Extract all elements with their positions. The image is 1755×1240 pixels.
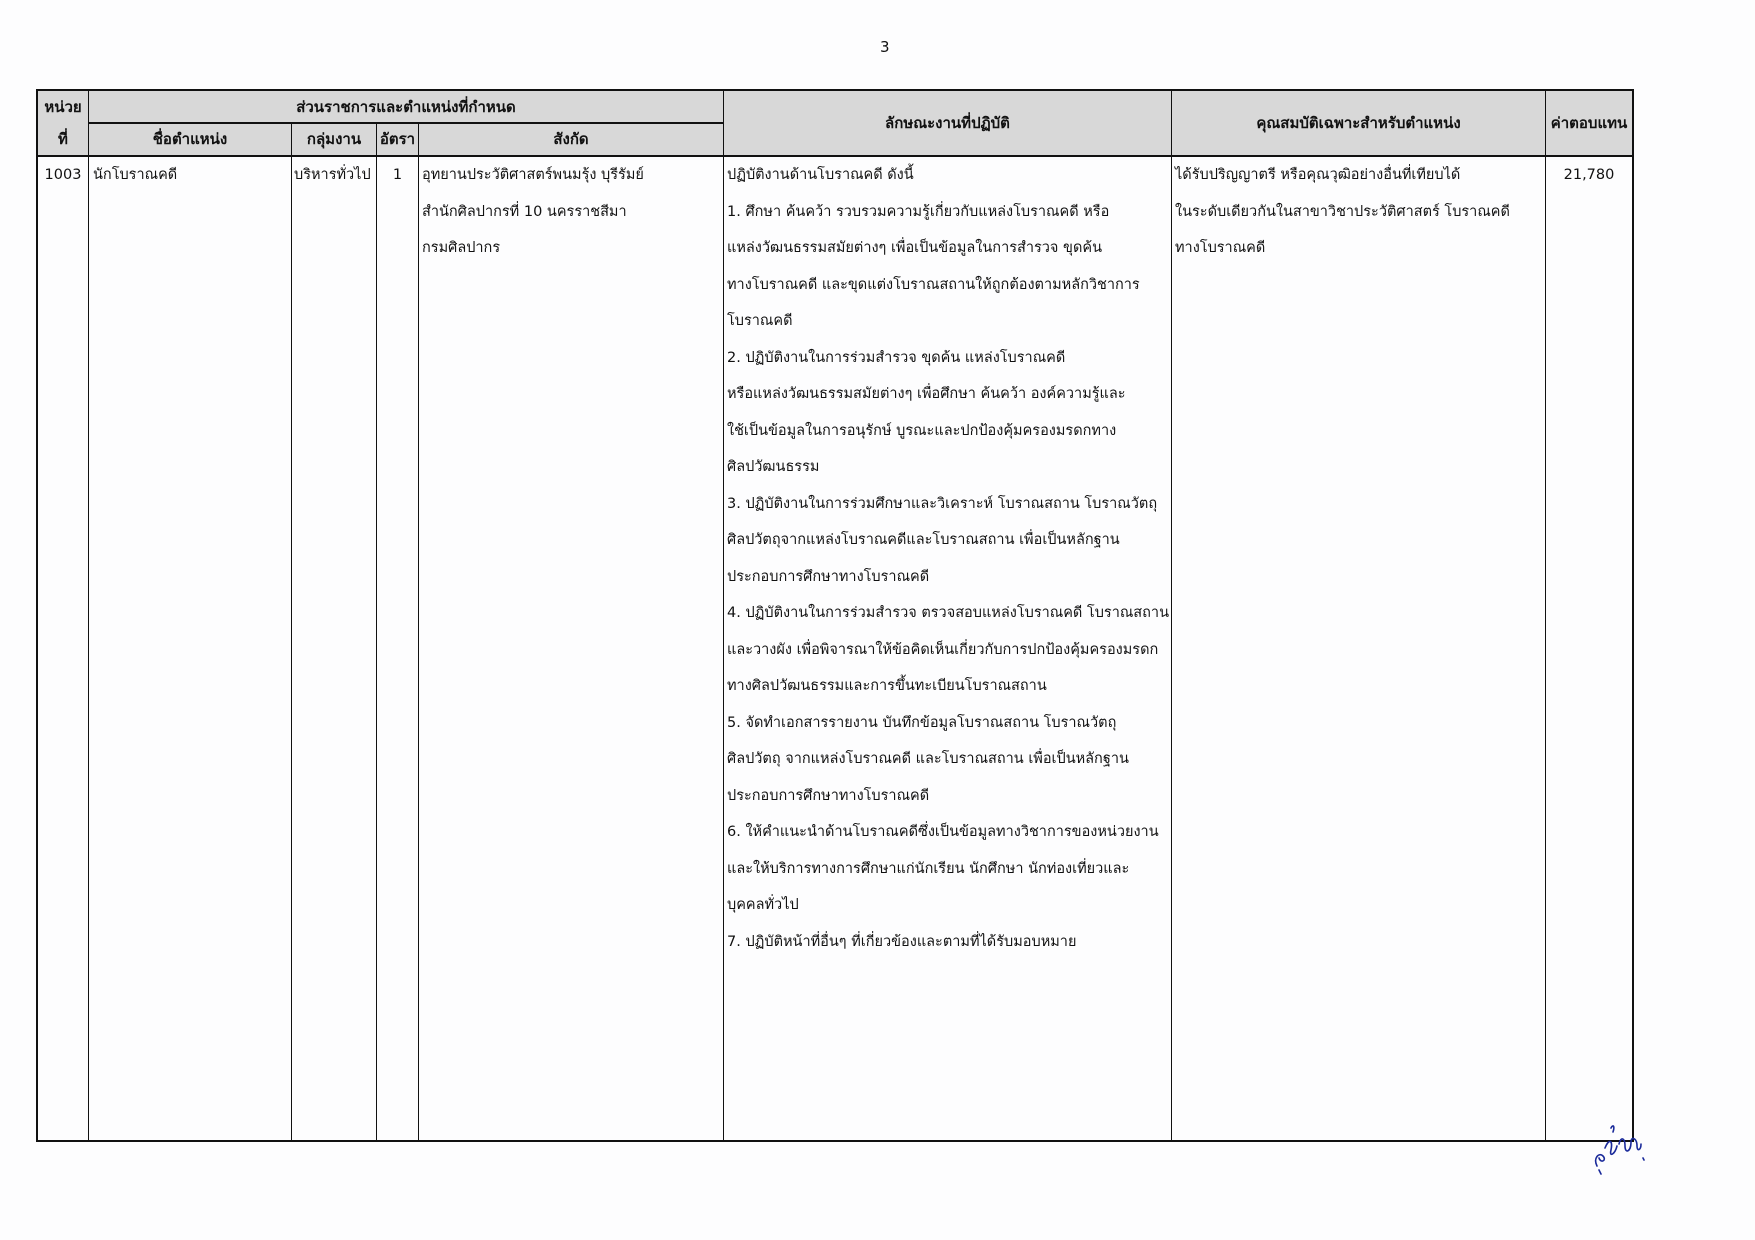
header-work-group: กลุ่มงาน <box>292 123 376 155</box>
header-position-name: ชื่อตำแหน่ง <box>89 123 291 155</box>
positions-table: หน่วย ที่ ส่วนราชการและตำแหน่งที่กำหนด ช… <box>36 89 1634 1142</box>
header-qualifications: คุณสมบัติเฉพาะสำหรับตำแหน่ง <box>1172 91 1545 155</box>
text-line: หรือแหล่งวัฒนธรรมสมัยต่างๆ เพื่อศึกษา ค้… <box>727 376 1169 413</box>
col-divider <box>1171 91 1172 1140</box>
text-line: ได้รับปริญญาตรี หรือคุณวุฒิอย่างอื่นที่เ… <box>1175 157 1510 194</box>
text-line: ศิลปวัตถุจากแหล่งโบราณคดีและโบราณสถาน เพ… <box>727 522 1169 559</box>
col-divider <box>1545 91 1546 1140</box>
cell-affiliation: อุทยานประวัติศาสตร์พนมรุ้ง บุรีรัมย์สำนั… <box>422 157 644 267</box>
text-line: ในระดับเดียวกันในสาขาวิชาประวัติศาสตร์ โ… <box>1175 194 1510 231</box>
col-divider <box>88 91 89 1140</box>
header-affiliation: สังกัด <box>419 123 723 155</box>
col-divider <box>723 91 724 1140</box>
text-line: ทางโบราณคดี และขุดแต่งโบราณสถานให้ถูกต้อ… <box>727 267 1169 304</box>
cell-compensation: 21,780 <box>1546 157 1632 194</box>
header-rate: อัตรา <box>377 123 418 155</box>
text-line: ทางโบราณคดี <box>1175 230 1510 267</box>
handwritten-signature-icon <box>1585 1118 1655 1178</box>
header-unit-no-top: หน่วย <box>38 91 88 122</box>
cell-position-name: นักโบราณคดี <box>93 157 177 194</box>
text-line: และให้บริการทางการศึกษาแก่นักเรียน นักศึ… <box>727 851 1169 888</box>
header-compensation: ค่าตอบแทน <box>1546 91 1632 155</box>
cell-job-description: ปฏิบัติงานด้านโบราณคดี ดังนี้1. ศึกษา ค้… <box>727 157 1169 960</box>
cell-rate: 1 <box>377 157 418 194</box>
text-line: อุทยานประวัติศาสตร์พนมรุ้ง บุรีรัมย์ <box>422 157 644 194</box>
header-unit-no-bottom: ที่ <box>38 122 88 155</box>
header-mid-divider <box>89 122 724 124</box>
text-line: ศิลปวัตถุ จากแหล่งโบราณคดี และโบราณสถาน … <box>727 741 1169 778</box>
text-line: สำนักศิลปากรที่ 10 นครราชสีมา <box>422 194 644 231</box>
text-line: ประกอบการศึกษาทางโบราณคดี <box>727 559 1169 596</box>
cell-work-group: บริหารทั่วไป <box>294 157 371 194</box>
text-line: และวางผัง เพื่อพิจารณาให้ข้อคิดเห็นเกี่ย… <box>727 632 1169 669</box>
text-line: ประกอบการศึกษาทางโบราณคดี <box>727 778 1169 815</box>
text-line: ศิลปวัฒนธรรม <box>727 449 1169 486</box>
text-line: 1. ศึกษา ค้นคว้า รวบรวมความรู้เกี่ยวกับแ… <box>727 194 1169 231</box>
text-line: 6. ให้คำแนะนำด้านโบราณคดีซึ่งเป็นข้อมูลท… <box>727 814 1169 851</box>
cell-qualifications: ได้รับปริญญาตรี หรือคุณวุฒิอย่างอื่นที่เ… <box>1175 157 1510 267</box>
text-line: กรมศิลปากร <box>422 230 644 267</box>
cell-unit-no: 1003 <box>38 157 88 194</box>
header-job-description: ลักษณะงานที่ปฏิบัติ <box>724 91 1171 155</box>
text-line: 4. ปฏิบัติงานในการร่วมสำรวจ ตรวจสอบแหล่ง… <box>727 595 1169 632</box>
text-line: 5. จัดทำเอกสารรายงาน บันทึกข้อมูลโบราณสถ… <box>727 705 1169 742</box>
text-line: โบราณคดี <box>727 303 1169 340</box>
header-group: ส่วนราชการและตำแหน่งที่กำหนด <box>89 91 723 122</box>
col-divider <box>418 123 419 1140</box>
col-divider <box>291 123 292 1140</box>
text-line: 7. ปฏิบัติหน้าที่อื่นๆ ที่เกี่ยวข้องและต… <box>727 924 1169 961</box>
text-line: 3. ปฏิบัติงานในการร่วมศึกษาและวิเคราะห์ … <box>727 486 1169 523</box>
text-line: บุคคลทั่วไป <box>727 887 1169 924</box>
page-number: 3 <box>880 38 890 56</box>
col-divider <box>376 123 377 1140</box>
text-line: ใช้เป็นข้อมูลในการอนุรักษ์ บูรณะและปกป้อ… <box>727 413 1169 450</box>
text-line: แหล่งวัฒนธรรมสมัยต่างๆ เพื่อเป็นข้อมูลใน… <box>727 230 1169 267</box>
text-line: ทางศิลปวัฒนธรรมและการขึ้นทะเบียนโบราณสถา… <box>727 668 1169 705</box>
text-line: ปฏิบัติงานด้านโบราณคดี ดังนี้ <box>727 157 1169 194</box>
text-line: 2. ปฏิบัติงานในการร่วมสำรวจ ขุดค้น แหล่ง… <box>727 340 1169 377</box>
